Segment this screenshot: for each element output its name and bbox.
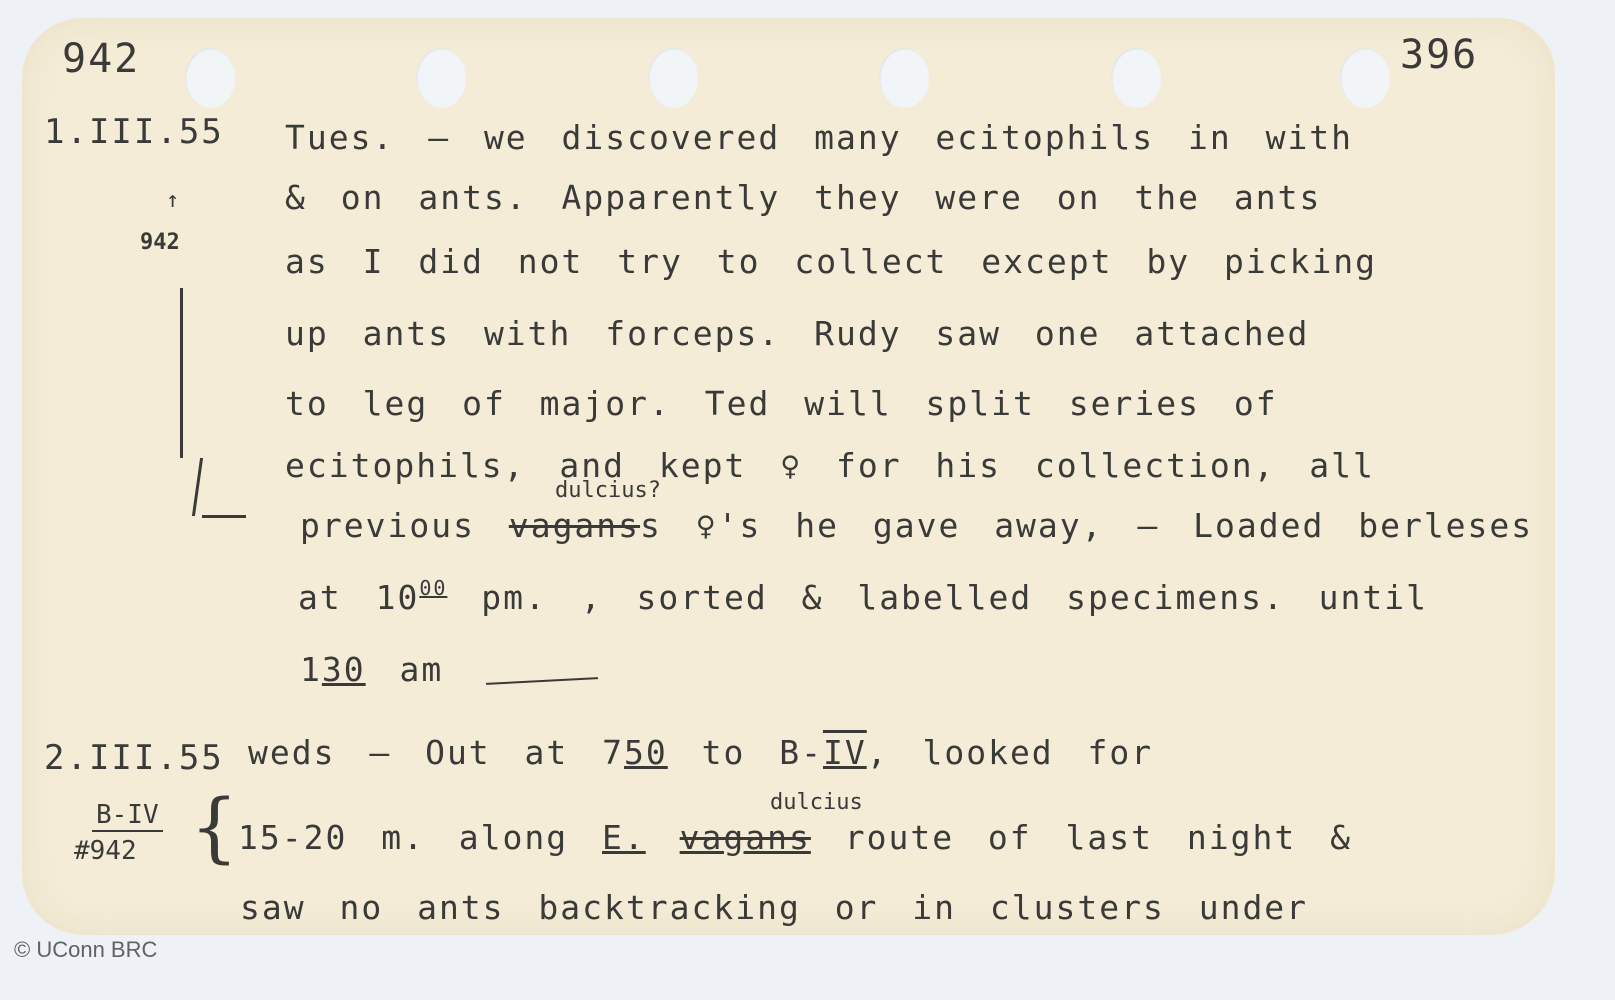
entry-line: weds — Out at 750 to B-IV, looked for <box>248 733 1153 772</box>
punch-hole <box>879 48 929 108</box>
text: am <box>366 650 444 689</box>
entry-line: at 1000 pm. , sorted & labelled specimen… <box>298 576 1428 617</box>
site-label: B-IV <box>92 800 163 832</box>
struck-word: vagans <box>509 506 640 545</box>
punch-hole <box>185 48 235 108</box>
text: weds — Out at 7 <box>248 733 624 772</box>
struck-word: vagans <box>680 818 811 857</box>
genus-abbrev: E. <box>602 818 646 857</box>
punch-hole <box>1340 48 1390 108</box>
text: pm. , sorted & labelled specimens. until <box>447 578 1428 617</box>
text: previous <box>300 506 475 545</box>
entry-line: ecitophils, and kept ♀ for his collectio… <box>285 446 1375 485</box>
insertion-note: dulcius <box>770 790 863 815</box>
text: route of last night & <box>811 818 1352 857</box>
site-reference: #942 <box>74 836 137 866</box>
card-number-left: 942 <box>62 36 140 82</box>
margin-reference: 942 <box>140 230 180 255</box>
entry-line: as I did not try to collect except by pi… <box>285 242 1377 281</box>
text: 15-20 m. along <box>238 818 602 857</box>
site-numeral: IV <box>823 733 867 772</box>
entry-line: previous vaganss ♀'s he gave away, — Loa… <box>300 506 1533 545</box>
insertion-note: dulcius? <box>555 478 661 503</box>
superscript-minutes: 00 <box>419 576 447 600</box>
text: s ♀'s he gave away, — Loaded berleses <box>640 506 1533 545</box>
entry-line: to leg of major. Ted will split series o… <box>285 384 1278 423</box>
entry-line: up ants with forceps. Rudy saw one attac… <box>285 314 1309 353</box>
entry-line: & on ants. Apparently they were on the a… <box>285 178 1321 217</box>
text: 1 <box>300 650 322 689</box>
card-number-right: 396 <box>1400 32 1478 78</box>
underlined-minutes: 30 <box>322 650 366 689</box>
punch-hole <box>416 48 466 108</box>
entry-line: saw no ants backtracking or in clusters … <box>240 888 1308 927</box>
entry-line: 15-20 m. along E. vagans route of last n… <box>238 818 1352 857</box>
underlined-minutes: 50 <box>624 733 668 772</box>
text: to B- <box>668 733 823 772</box>
copyright-notice: © UConn BRC <box>14 937 157 963</box>
entry-date: 2.III.55 <box>44 738 224 778</box>
entry-line: Tues. — we discovered many ecitophils in… <box>285 118 1353 157</box>
punch-hole <box>1111 48 1161 108</box>
text: , looked for <box>867 733 1153 772</box>
entry-date: 1.III.55 <box>44 112 224 152</box>
margin-bracket <box>202 515 246 518</box>
punch-hole <box>648 48 698 108</box>
margin-bracket <box>180 288 183 458</box>
text: at 10 <box>298 578 419 617</box>
margin-brace: { <box>190 782 238 871</box>
arrow-up-icon: ↑ <box>166 188 179 213</box>
entry-line: 130 am <box>300 650 443 689</box>
